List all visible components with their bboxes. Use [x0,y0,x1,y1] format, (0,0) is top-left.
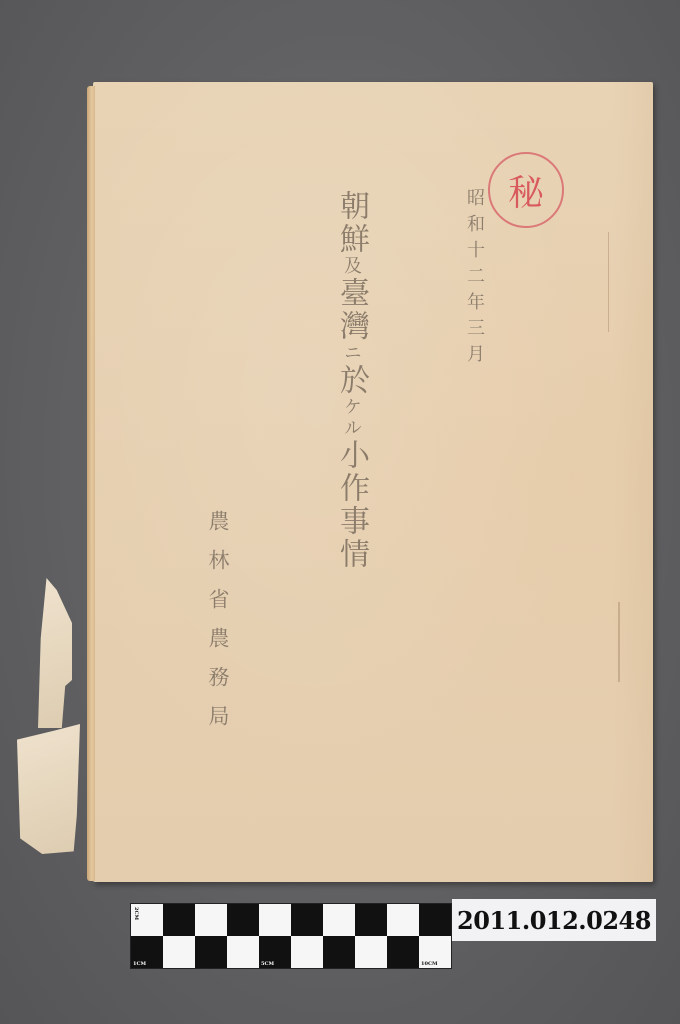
accession-number-label: 2011.012.0248 [452,899,656,941]
document-cover: 秘 昭和十二年三月 朝鮮及臺灣ニ於ケル小作事情 農林省農務局 [93,82,653,882]
document-date: 昭和十二年三月 [461,188,487,370]
torn-paper-fragment [38,578,72,728]
title-particle-ni: ニ [341,343,362,364]
title-korea: 朝鮮 [334,190,369,256]
document-title: 朝鮮及臺灣ニ於ケル小作事情 [329,190,373,571]
title-taiwan: 臺灣 [334,277,369,343]
paper-crease [608,232,609,332]
scale-label-mid: 5CM [261,961,274,967]
measurement-scale-bar: 2CM 1CM 5CM 10CM [130,903,452,969]
title-and: 及 [341,256,362,277]
torn-paper-fragment [17,724,80,854]
title-in: 於 [334,364,369,397]
document-author: 農林省農務局 [203,510,233,744]
document-edge-wear [613,82,653,882]
document-spine [87,86,95,881]
scale-label-start: 1CM [133,961,146,967]
title-tenancy: 小作事情 [334,439,369,571]
paper-crease [618,602,620,682]
scale-label-end: 10CM [421,961,437,967]
secret-seal-stamp: 秘 [488,152,564,228]
title-particle-keru: ケル [341,397,362,439]
